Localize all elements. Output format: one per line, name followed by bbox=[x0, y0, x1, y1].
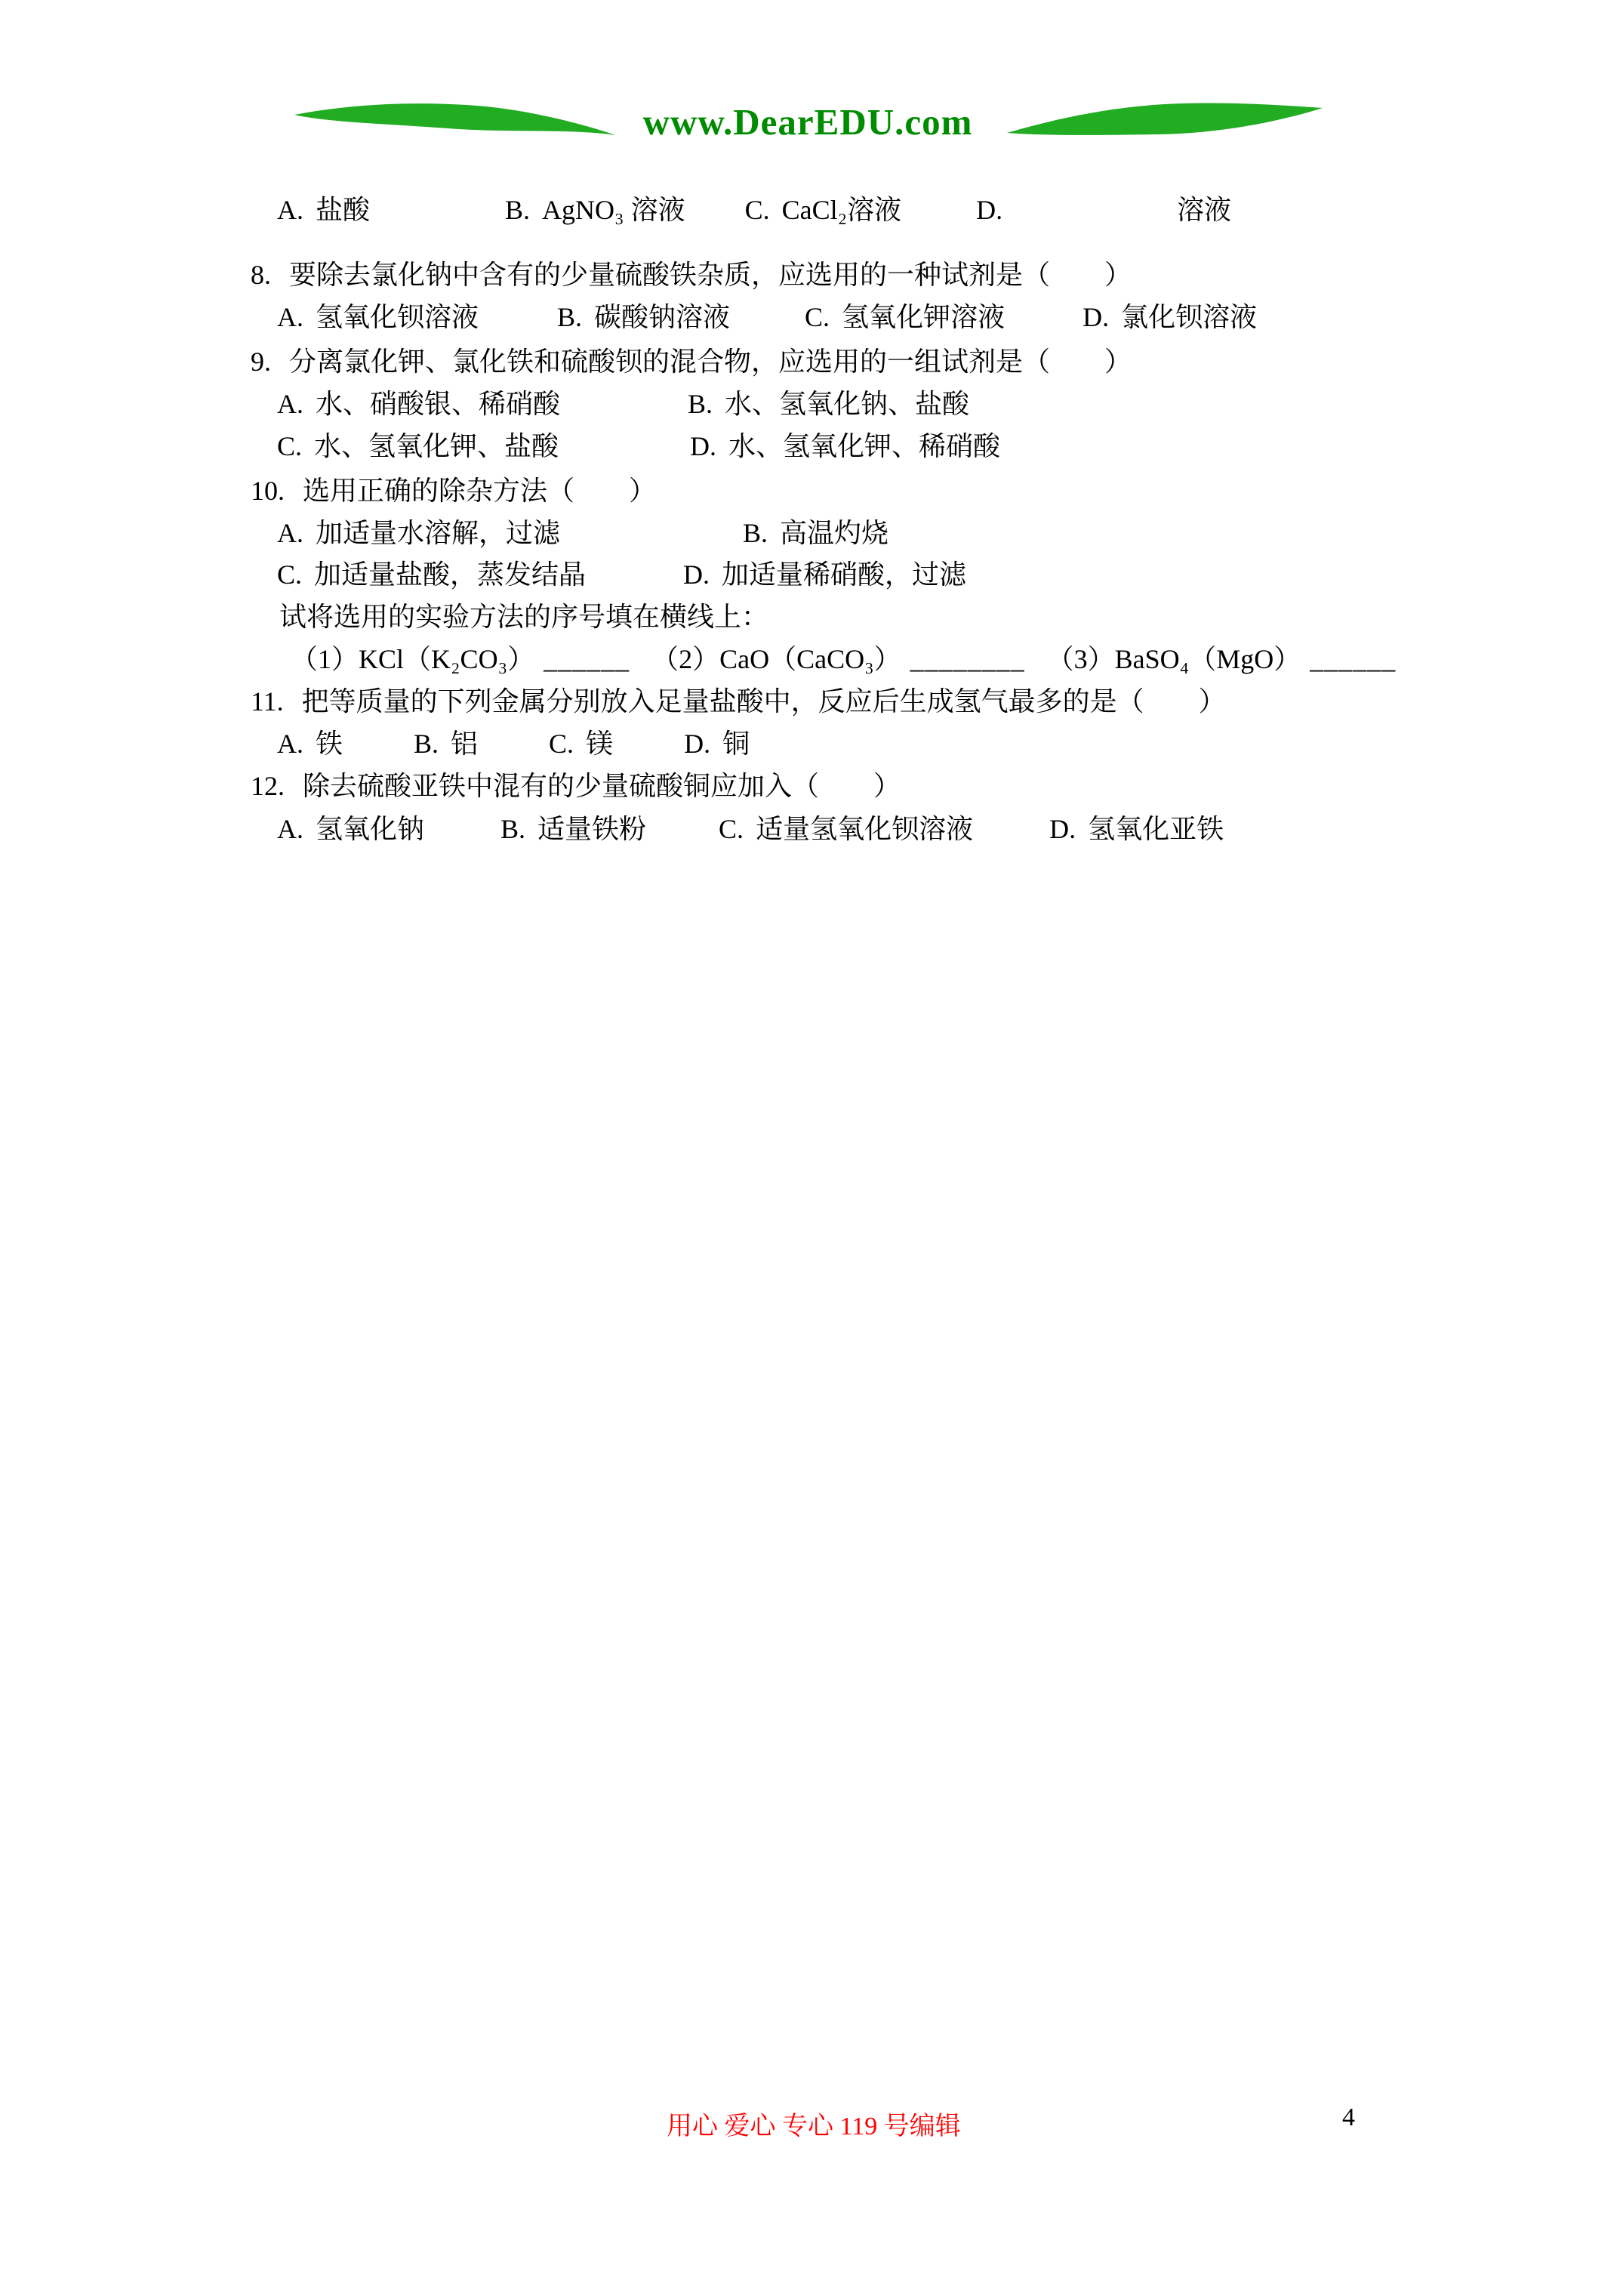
option-label: B. bbox=[505, 195, 530, 225]
option-label: B. bbox=[414, 729, 439, 759]
question-10-options-row-1: A.加适量水溶解，过滤 B.高温灼烧 bbox=[277, 518, 888, 549]
option-a: A.氢氧化钡溶液 bbox=[277, 302, 479, 333]
option-b: B.水、氢氧化钠、盐酸 bbox=[688, 389, 969, 420]
option-text: 铝 bbox=[451, 729, 478, 759]
option-text: 氢氧化亚铁 bbox=[1088, 814, 1224, 844]
option-a: A.加适量水溶解，过滤 bbox=[277, 518, 560, 549]
option-text: 水、硝酸银、稀硝酸 bbox=[316, 389, 560, 419]
option-label: B. bbox=[557, 302, 582, 332]
option-label: D. bbox=[976, 195, 1002, 225]
question-9-options-row-1: A.水、硝酸银、稀硝酸 B.水、氢氧化钠、盐酸 bbox=[277, 389, 969, 420]
option-label: C. bbox=[745, 195, 770, 225]
question-9-options-row-2: C.水、氢氧化钾、盐酸 D.水、氢氧化钾、稀硝酸 bbox=[277, 431, 1000, 462]
blank-item-3: （3）BaSO₄（MgO）______ bbox=[1047, 644, 1397, 675]
option-d: D.氢氧化亚铁 bbox=[1049, 814, 1224, 845]
option-text: 水、氢氧化钾、稀硝酸 bbox=[728, 431, 1000, 461]
question-12: 12.除去硫酸亚铁中混有的少量硫酸铜应加入（ ） bbox=[251, 771, 901, 802]
option-label: C. bbox=[719, 814, 744, 844]
option-d: D.铜 bbox=[684, 729, 750, 760]
option-c: C.水、氢氧化钾、盐酸 bbox=[277, 431, 559, 462]
answer-blank: ______ bbox=[1310, 644, 1396, 674]
option-text: 铁 bbox=[316, 729, 343, 759]
option-text: 适量氢氧化钡溶液 bbox=[756, 814, 973, 844]
option-a: A.铁 bbox=[277, 729, 343, 760]
question-number: 8. bbox=[251, 260, 271, 290]
option-label: D. bbox=[684, 729, 710, 759]
blank-formula: （2）CaO（CaCO₃） bbox=[651, 644, 901, 674]
question-stem: 除去硫酸亚铁中混有的少量硫酸铜应加入（ ） bbox=[303, 771, 901, 801]
blank-item-1: （1）KCl（K₂CO₃）______ bbox=[291, 644, 630, 675]
question-12-options-row: A.氢氧化钠 B.适量铁粉 C.适量氢氧化钡溶液 D.氢氧化亚铁 bbox=[277, 814, 1224, 845]
option-d: D.溶液 bbox=[976, 195, 1231, 226]
option-c: C.镁 bbox=[549, 729, 613, 760]
option-label: C. bbox=[277, 559, 302, 590]
option-text: 氢氧化钠 bbox=[316, 814, 424, 844]
option-label: D. bbox=[1049, 814, 1076, 844]
option-b: B.AgNO₃ 溶液 bbox=[505, 195, 685, 226]
option-label: B. bbox=[688, 389, 713, 419]
option-a: A.盐酸 bbox=[277, 195, 370, 226]
question-number: 12. bbox=[251, 771, 285, 801]
option-label: A. bbox=[277, 518, 303, 548]
option-b: B.铝 bbox=[414, 729, 478, 760]
question7-options-row: A.盐酸 B.AgNO₃ 溶液 C.CaCl₂溶液 D.溶液 bbox=[277, 195, 1231, 226]
option-text: 加适量水溶解，过滤 bbox=[316, 518, 560, 548]
option-label: D. bbox=[690, 431, 716, 461]
option-b: B.高温灼烧 bbox=[743, 518, 888, 549]
option-d: D.加适量稀硝酸，过滤 bbox=[683, 559, 966, 590]
question-10-instruction: 试将选用的实验方法的序号填在横线上： bbox=[279, 602, 768, 633]
option-c: C.CaCl₂溶液 bbox=[745, 195, 902, 226]
option-text: 溶液 bbox=[1177, 195, 1231, 225]
question-number: 10. bbox=[251, 476, 285, 506]
question-10-options-row-2: C.加适量盐酸，蒸发结晶 D.加适量稀硝酸，过滤 bbox=[277, 559, 966, 590]
option-a: A.水、硝酸银、稀硝酸 bbox=[277, 389, 560, 420]
option-c: C.氢氧化钾溶液 bbox=[805, 302, 1005, 333]
option-text: CaCl₂溶液 bbox=[782, 195, 902, 225]
question-stem: 选用正确的除杂方法（ ） bbox=[303, 476, 656, 506]
option-label: D. bbox=[1083, 302, 1109, 332]
question-stem: 要除去氯化钠中含有的少量硫酸铁杂质，应选用的一种试剂是（ ） bbox=[289, 260, 1132, 290]
dearedu-logo: www.DearEDU.com bbox=[0, 0, 1623, 174]
page-number: 4 bbox=[1342, 2103, 1355, 2132]
question-number: 11. bbox=[251, 686, 284, 717]
blank-formula: （1）KCl（K₂CO₃） bbox=[291, 644, 534, 674]
option-b: B.适量铁粉 bbox=[500, 814, 646, 845]
option-text: 适量铁粉 bbox=[537, 814, 646, 844]
logo-right-swoosh-icon bbox=[1006, 101, 1324, 137]
option-label: A. bbox=[277, 814, 303, 844]
logo-left-swoosh-icon bbox=[293, 101, 617, 137]
option-text: 碳酸钠溶液 bbox=[594, 302, 730, 332]
option-text: 氯化钡溶液 bbox=[1121, 302, 1257, 332]
option-label: D. bbox=[683, 559, 710, 590]
option-text: 水、氢氧化钠、盐酸 bbox=[725, 389, 969, 419]
option-label: A. bbox=[277, 302, 303, 332]
option-text: 水、氢氧化钾、盐酸 bbox=[314, 431, 559, 461]
option-d: D.水、氢氧化钾、稀硝酸 bbox=[690, 431, 1000, 462]
question-9: 9.分离氯化钾、氯化铁和硫酸钡的混合物，应选用的一组试剂是（ ） bbox=[251, 347, 1132, 378]
question-8: 8.要除去氯化钠中含有的少量硫酸铁杂质，应选用的一种试剂是（ ） bbox=[251, 260, 1132, 291]
question-11-options-row: A.铁 B.铝 C.镁 D.铜 bbox=[277, 729, 750, 760]
option-text: 加适量盐酸，蒸发结晶 bbox=[314, 559, 586, 590]
footer-motto: 用心 爱心 专心 119 号编辑 bbox=[667, 2105, 961, 2142]
option-label: A. bbox=[277, 389, 303, 419]
option-text: 加适量稀硝酸，过滤 bbox=[722, 559, 966, 590]
document-page: www.DearEDU.com A.盐酸 B.AgNO₃ 溶液 C.CaCl₂溶… bbox=[0, 0, 1623, 2296]
option-text: 盐酸 bbox=[316, 195, 370, 225]
question-8-options-row: A.氢氧化钡溶液 B.碳酸钠溶液 C.氢氧化钾溶液 D.氯化钡溶液 bbox=[277, 302, 1257, 333]
question-stem: 分离氯化钾、氯化铁和硫酸钡的混合物，应选用的一组试剂是（ ） bbox=[289, 347, 1132, 377]
option-label: B. bbox=[500, 814, 525, 844]
option-c: C.适量氢氧化钡溶液 bbox=[719, 814, 973, 845]
answer-blank: ________ bbox=[910, 644, 1025, 674]
option-text: 氢氧化钡溶液 bbox=[316, 302, 479, 332]
option-d: D.氯化钡溶液 bbox=[1083, 302, 1257, 333]
option-label: C. bbox=[549, 729, 574, 759]
option-label: C. bbox=[805, 302, 830, 332]
question-stem: 把等质量的下列金属分别放入足量盐酸中，反应后生成氢气最多的是（ ） bbox=[302, 686, 1226, 717]
option-text: AgNO₃ 溶液 bbox=[542, 195, 685, 225]
option-label: C. bbox=[277, 431, 302, 461]
answer-blank: ______ bbox=[544, 644, 630, 674]
option-text: 镁 bbox=[586, 729, 613, 759]
option-label: A. bbox=[277, 729, 303, 759]
logo-text: www.DearEDU.com bbox=[604, 100, 1012, 141]
option-b: B.碳酸钠溶液 bbox=[557, 302, 730, 333]
blank-formula: （3）BaSO₄（MgO） bbox=[1047, 644, 1301, 674]
option-text: 高温灼烧 bbox=[780, 518, 888, 548]
option-a: A.氢氧化钠 bbox=[277, 814, 424, 845]
option-text: 氢氧化钾溶液 bbox=[842, 302, 1005, 332]
question-10: 10.选用正确的除杂方法（ ） bbox=[251, 476, 656, 507]
question-number: 9. bbox=[251, 347, 271, 377]
option-text: 铜 bbox=[722, 729, 750, 759]
question-11: 11.把等质量的下列金属分别放入足量盐酸中，反应后生成氢气最多的是（ ） bbox=[251, 686, 1226, 717]
question-10-blanks-row: （1）KCl（K₂CO₃）______ （2）CaO（CaCO₃）_______… bbox=[291, 644, 1396, 675]
option-c: C.加适量盐酸，蒸发结晶 bbox=[277, 559, 586, 590]
option-label: B. bbox=[743, 518, 768, 548]
blank-item-2: （2）CaO（CaCO₃）________ bbox=[651, 644, 1025, 675]
option-label: A. bbox=[277, 195, 303, 225]
